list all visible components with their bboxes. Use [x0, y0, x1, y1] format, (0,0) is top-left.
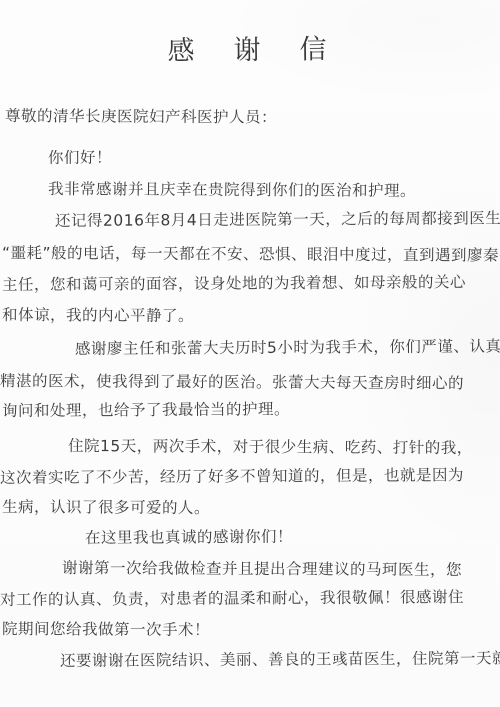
letter-line: 对工作的认真、负责，对患者的温柔和耐心，我很敬佩！很感谢住 [0, 585, 464, 610]
letter-line: 和体谅，我的内心平静了。 [2, 303, 194, 326]
letter-line: 主任，您和蔼可亲的面容，设身处地的为我着想、如母亲般的关心 [2, 270, 466, 295]
letter-greeting: 你们好！ [48, 146, 112, 168]
letter-line: 还记得2016年8月4日走进医院第一天，之后的每周都接到医生打来 [55, 206, 500, 231]
letter-line: 院期间您给我做第一次手术！ [2, 617, 210, 640]
letter-line: 这次着实吃了不少苦，经历了好多不曾知道的，但是，也就是因为 [0, 463, 464, 488]
letter-line: “噩耗”般的电话，每一天都在不安、恐惧、眼泪中度过，直到遇到廖秦平 [2, 241, 500, 266]
letter-line: 我非常感谢并且庆幸在贵院得到你们的医治和护理。 [48, 177, 416, 201]
letter-title: 感 谢 信 [0, 25, 500, 69]
letter-line: 精湛的医术，使我得到了最好的医治。张蕾大夫每天查房时细心的 [0, 369, 464, 393]
letter-line: 住院15天，两次手术，对于很少生病、吃药、打针的我， [68, 434, 473, 458]
letter-salutation: 尊敬的清华长庚医院妇产科医护人员： [5, 104, 277, 127]
letter-page: 感 谢 信 尊敬的清华长庚医院妇产科医护人员： 你们好！ 我非常感谢并且庆幸在贵… [0, 0, 500, 707]
letter-line: 还要谢谢在医院结识、美丽、善良的王彧苗医生，住院第一天就 [60, 646, 500, 671]
letter-line: 谢谢第一次给我做检查并且提出合理建议的马珂医生，您 [62, 556, 462, 580]
letter-line: 生病，认识了很多可爱的人。 [2, 495, 210, 518]
letter-line: 询问和处理，也给予了我最恰当的护理。 [2, 397, 290, 421]
letter-line: 感谢廖主任和张蕾大夫历时5小时为我手术，你们严谨、认真 [75, 334, 500, 359]
letter-line: 在这里我也真诚的感谢你们！ [85, 525, 293, 548]
